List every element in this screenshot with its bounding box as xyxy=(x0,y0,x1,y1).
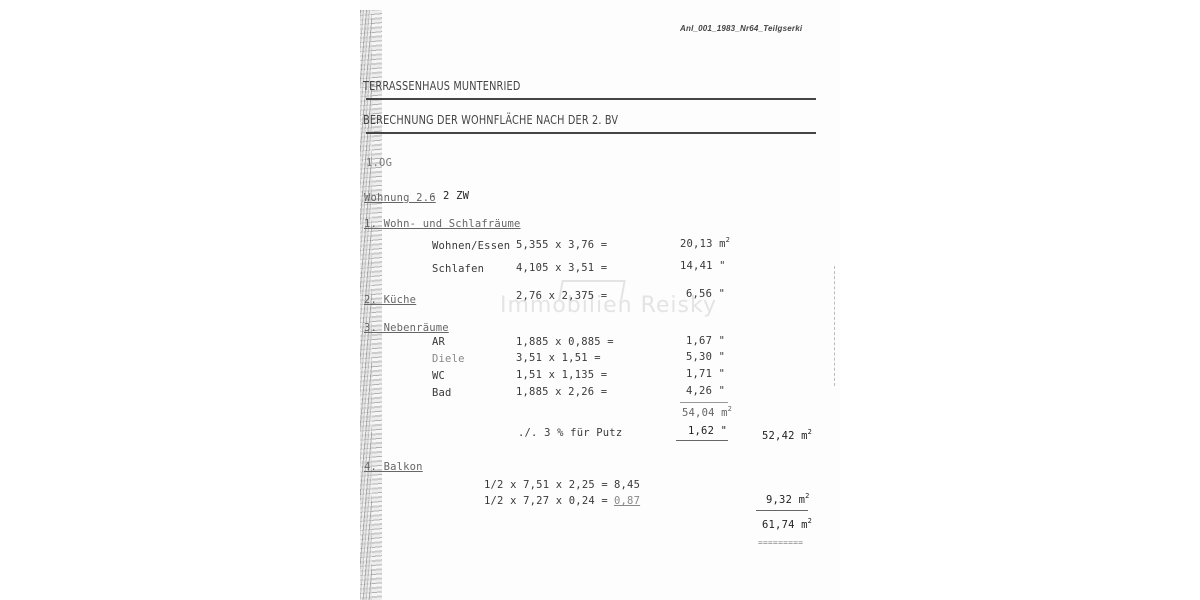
balcony-area: 8,45 xyxy=(614,479,640,491)
room-formula: 1,885 x 2,26 = xyxy=(516,386,607,398)
subtotal-area: 54,04 m2 xyxy=(682,405,732,419)
room-formula: 1,885 x 0,885 = xyxy=(516,336,614,348)
file-label: Anl_001_1983_Nr64_Teilgserki xyxy=(680,24,802,33)
balcony-formula: 1/2 x 7,51 x 2,25 = xyxy=(484,479,608,491)
area-unit-sup: 2 xyxy=(808,428,812,436)
area-unit-sup: 2 xyxy=(726,236,730,244)
unit-suffix: - 2 ZW xyxy=(430,190,469,202)
room-name: AR xyxy=(432,336,445,348)
document-title: TERRASSENHAUS MUNTENRIED xyxy=(363,79,521,93)
room-area: 4,26 " xyxy=(686,385,725,397)
double-underline: ========= xyxy=(758,538,803,547)
area-unit-sup: 2 xyxy=(808,517,812,525)
area-unit-sup: 2 xyxy=(805,492,809,500)
room-formula: 3,51 x 1,51 = xyxy=(516,352,601,364)
deduction-area: 1,62 " xyxy=(688,425,727,437)
sum-rule xyxy=(676,440,728,441)
room-name: WC xyxy=(432,370,445,382)
room-formula: 5,355 x 3,76 = xyxy=(516,239,607,251)
room-area: 5,30 " xyxy=(686,351,725,363)
section-heading: 2. Küche xyxy=(364,294,416,306)
grand-total: 61,74 m2 xyxy=(762,517,812,531)
sum-rule xyxy=(756,510,808,511)
area-unit-sup: 2 xyxy=(728,405,732,413)
area-value: 61,74 m xyxy=(762,519,808,531)
room-name: Bad xyxy=(432,387,452,399)
scan-artifact xyxy=(834,266,836,386)
room-formula: 4,105 x 3,51 = xyxy=(516,262,607,274)
divider xyxy=(366,98,816,100)
net-area: 52,42 m2 xyxy=(762,428,812,442)
room-name: Schlafen xyxy=(432,263,484,275)
room-area: 1,71 " xyxy=(686,368,725,380)
room-area: 1,67 " xyxy=(686,335,725,347)
sum-rule xyxy=(680,402,728,403)
room-name: Diele xyxy=(432,353,465,365)
balcony-area: 0,87 xyxy=(614,495,640,507)
room-formula: 2,76 x 2,375 = xyxy=(516,290,607,302)
area-value: 20,13 m xyxy=(680,238,726,250)
balcony-total: 9,32 m2 xyxy=(766,492,810,506)
room-area: 20,13 m2 xyxy=(680,236,730,250)
balcony-formula: 1/2 x 7,27 x 0,24 = xyxy=(484,495,608,507)
room-area: 6,56 " xyxy=(686,288,725,300)
area-value: 9,32 m xyxy=(766,494,805,506)
document-subtitle: BERECHNUNG DER WOHNFLÄCHE NACH DER 2. BV xyxy=(363,113,618,127)
room-area: 14,41 " xyxy=(680,260,726,272)
room-name: Wohnen/Essen xyxy=(432,240,510,252)
deduction-label: ./. 3 % für Putz xyxy=(518,427,622,439)
section-heading: 4. Balkon xyxy=(364,461,423,473)
area-value: 54,04 m xyxy=(682,407,728,419)
section-heading: 1. Wohn- und Schlafräume xyxy=(364,218,521,230)
floor-label: 1.OG xyxy=(366,157,392,169)
area-value: 52,42 m xyxy=(762,430,808,442)
divider xyxy=(366,132,816,134)
unit-label: Wohnung 2.6 xyxy=(364,192,436,204)
section-heading: 3. Nebenräume xyxy=(364,322,449,334)
room-formula: 1,51 x 1,135 = xyxy=(516,369,607,381)
